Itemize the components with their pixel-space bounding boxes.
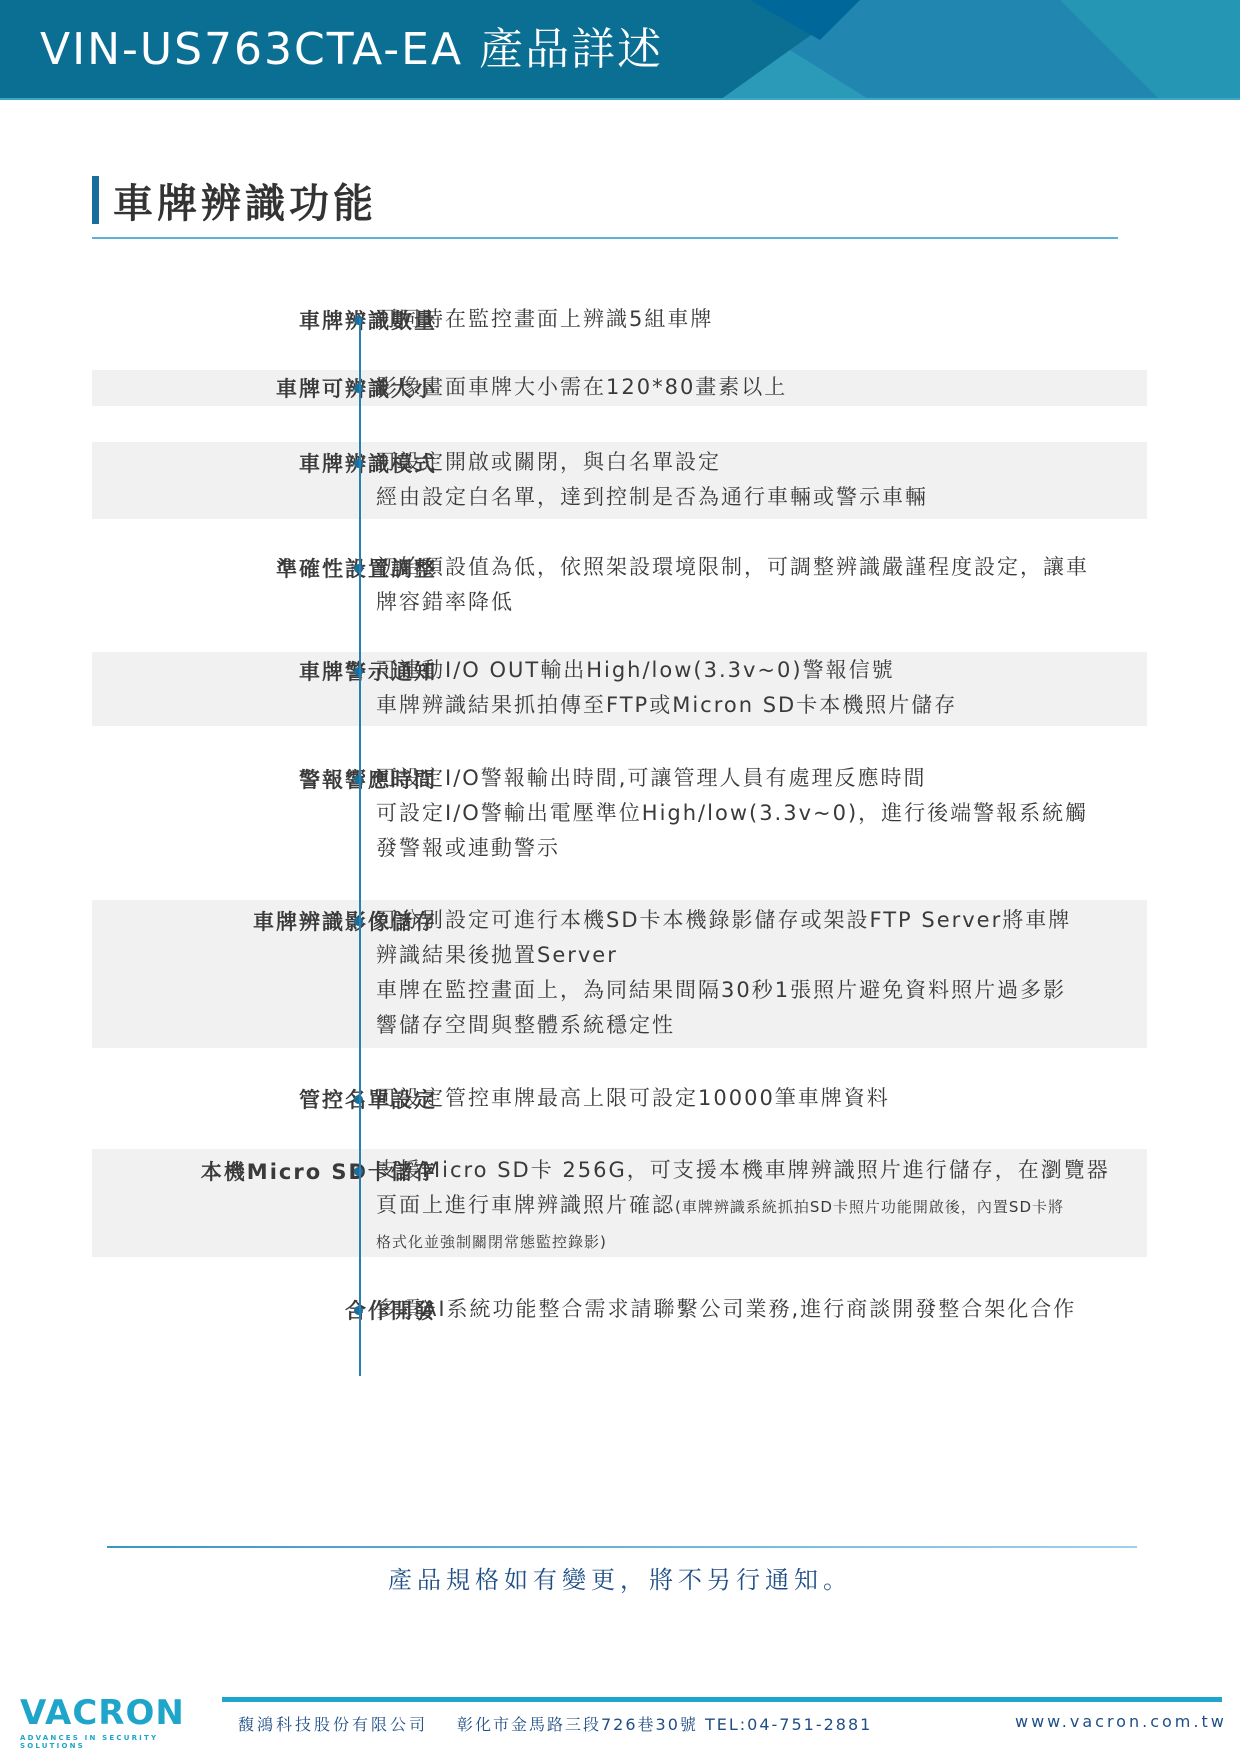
spec-value: 初始預設值為低，依照架設環境限制，可調整辨識嚴謹程度設定，讓車 牌容錯率降低 — [376, 550, 1136, 620]
spec-value: 可設定開啟或關閉，與白名單設定 經由設定白名單，達到控制是否為通行車輛或警示車輛 — [376, 445, 1136, 515]
footer-company-name: 馥鴻科技股份有限公司 — [238, 1712, 428, 1735]
spec-row-accuracy-adjustment: 準確性設置調整 初始預設值為低，依照架設環境限制，可調整辨識嚴謹程度設定，讓車 … — [92, 550, 1147, 627]
footer-website-link[interactable]: www.vacron.com.tw — [1015, 1712, 1227, 1731]
spec-value: 支援Micro SD卡 256G，可支援本機車牌辨識照片進行儲存，在瀏覽器 頁面… — [376, 1153, 1136, 1260]
spec-change-notice: 產品規格如有變更，將不另行通知。 — [0, 1560, 1240, 1595]
spec-footnote-continued: 格式化並強制關閉常態監控錄影) — [376, 1225, 1136, 1260]
spec-row-alarm-response-time: 警報響應時間 可設定I/O警報輸出時間,可讓管理人員有處理反應時間 可設定I/O… — [92, 761, 1147, 871]
spec-value: 可同時在監控畫面上辨識5組車牌 — [376, 302, 1136, 337]
logo-tagline: ADVANCES IN SECURITY SOLUTIONS — [20, 1734, 210, 1750]
section-divider — [92, 237, 1118, 239]
footer-divider — [222, 1697, 1222, 1702]
spec-row-recognition-mode: 車牌辨識模式 可設定開啟或關閉，與白名單設定 經由設定白名單，達到控制是否為通行… — [92, 442, 1147, 519]
timeline-line — [359, 318, 361, 1376]
vacron-logo: VACRON ADVANCES IN SECURITY SOLUTIONS — [20, 1696, 210, 1750]
spec-value: 多項AI系統功能整合需求請聯繫公司業務,進行商談開發整合架化合作 — [376, 1292, 1136, 1327]
logo-wordmark: VACRON — [20, 1696, 210, 1730]
document-title: VIN-US763CTA-EA 產品詳述 — [40, 22, 663, 78]
spec-row-recognizable-size: 車牌可辨識大小 影像畫面車牌大小需在120*80畫素以上 — [92, 370, 1147, 406]
spec-value: 可分別設定可進行本機SD卡本機錄影儲存或架設FTP Server將車牌 辨識結果… — [376, 903, 1136, 1043]
section-title: 車牌辨識功能 — [113, 172, 377, 229]
notice-divider — [107, 1546, 1137, 1548]
spec-value: 影像畫面車牌大小需在120*80畫素以上 — [376, 370, 1136, 405]
spec-row-recognition-count: 車牌辨識數量 可同時在監控畫面上辨識5組車牌 — [92, 302, 1147, 338]
spec-row-alert-notification: 車牌警示通知 可連動I/O OUT輸出High/low(3.3v~0)警報信號 … — [92, 652, 1147, 726]
spec-row-micro-sd-storage: 本機Micro SD卡儲存 支援Micro SD卡 256G，可支援本機車牌辨識… — [92, 1149, 1147, 1257]
section-accent-bar — [92, 176, 99, 224]
spec-footnote: (車牌辨識系統抓拍SD卡照片功能開啟後，內置SD卡將 — [675, 1198, 1064, 1216]
spec-value: 可連動I/O OUT輸出High/low(3.3v~0)警報信號 車牌辨識結果抓… — [376, 653, 1136, 723]
footer-address: 彰化市金馬路三段726巷30號 TEL:04-751-2881 — [457, 1712, 872, 1735]
spec-value: 可設定I/O警報輸出時間,可讓管理人員有處理反應時間 可設定I/O警輸出電壓準位… — [376, 761, 1136, 866]
section-heading: 車牌辨識功能 — [92, 174, 377, 226]
spec-value: 可設定管控車牌最高上限可設定10000筆車牌資料 — [376, 1081, 1136, 1116]
spec-row-control-list: 管控名單設定 可設定管控車牌最高上限可設定10000筆車牌資料 — [92, 1081, 1147, 1117]
spec-row-cooperative-development: 合作開發 多項AI系統功能整合需求請聯繫公司業務,進行商談開發整合架化合作 — [92, 1292, 1147, 1328]
header-banner: VIN-US763CTA-EA 產品詳述 — [0, 0, 1240, 100]
spec-row-image-storage: 車牌辨識影像儲存 可分別設定可進行本機SD卡本機錄影儲存或架設FTP Serve… — [92, 900, 1147, 1048]
